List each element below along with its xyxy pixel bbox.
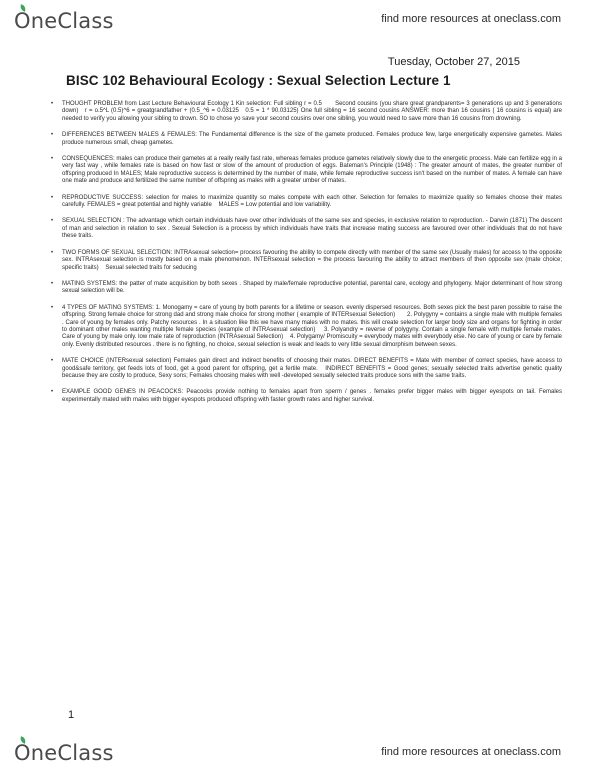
bullet-differences-males-females: DIFFERENCES BETWEEN MALES & FEMALES: The… <box>50 132 562 147</box>
note-content: THOUGHT PROBLEM from Last Lecture Behavi… <box>50 101 562 413</box>
bullet-reproductive-success: REPRODUCTIVE SUCCESS: selection for male… <box>50 195 562 210</box>
bullet-mate-choice: MATE CHOICE (INTERsexual selection) Fema… <box>50 358 562 380</box>
page-title: BISC 102 Behavioural Ecology : Sexual Se… <box>66 73 546 88</box>
bullet-four-types: 4 TYPES OF MATING SYSTEMS: 1. Monogamy =… <box>50 305 562 349</box>
bullet-good-genes-peacocks: EXAMPLE GOOD GENES IN PEACOCKS: Peacocks… <box>50 389 562 404</box>
header-resources-link[interactable]: find more resources at oneclass.com <box>381 13 561 25</box>
bullet-thought-problem: THOUGHT PROBLEM from Last Lecture Behavi… <box>50 101 562 123</box>
document-page: OneClass find more resources at oneclass… <box>0 0 595 770</box>
bullet-consequences: CONSEQUENCES: males can produce their ga… <box>50 156 562 186</box>
document-date: Tuesday, October 27, 2015 <box>0 56 520 68</box>
bullet-sexual-selection: SEXUAL SELECTION : The advantage which c… <box>50 218 562 240</box>
oneclass-logo: OneClass <box>14 9 114 33</box>
bullet-two-forms: TWO FORMS OF SEXUAL SELECTION: INTRAsexu… <box>50 250 562 272</box>
oneclass-logo-footer: OneClass <box>14 741 114 765</box>
footer-resources-link[interactable]: find more resources at oneclass.com <box>381 746 561 758</box>
bullet-list: THOUGHT PROBLEM from Last Lecture Behavi… <box>50 101 562 404</box>
logo-text: OneClass <box>14 9 114 33</box>
logo-text: OneClass <box>14 741 114 765</box>
page-number: 1 <box>68 709 74 721</box>
bullet-mating-systems: MATING SYSTEMS: the patter of mate acqui… <box>50 281 562 296</box>
